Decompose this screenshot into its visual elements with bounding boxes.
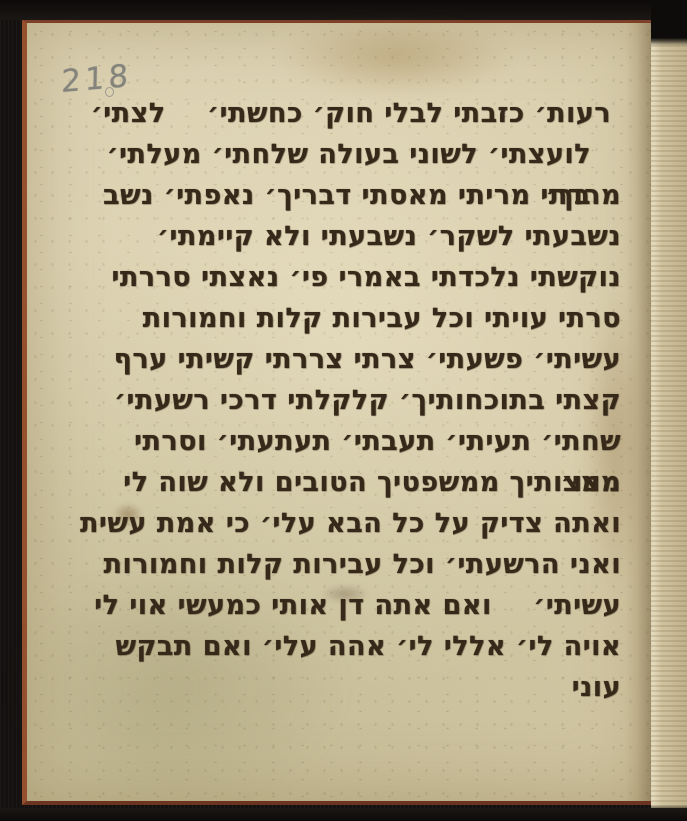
scanner-background-bottom-band	[0, 808, 687, 821]
text-line-9: שחתי׳ תעיתי׳ תעבתי׳ תעתעתי׳ וסרתי מצו׳	[76, 421, 621, 462]
text-line-8: קצתי בתוכחותיך׳ קלקלתי דרכי רשעתי׳	[76, 380, 621, 421]
text-line-7: עשיתי׳ פשעתי׳ צרתי צררתי קשיתי ערף	[76, 339, 621, 380]
text-line-5: נוקשתי נלכדתי באמרי פי׳ נאצתי סררתי	[76, 257, 621, 298]
text-line-4: נשבעתי לשקר׳ נשבעתי ולא קיימתי׳	[76, 216, 621, 257]
text-line-10: ממצותיך ממשפטיך הטובים ולא שוה לי	[76, 462, 621, 503]
text-line-12: ואני הרשעתי׳ וכל עבירות קלות וחמורות	[76, 544, 621, 585]
hebrew-text-block: רעות׳ כזבתי לבלי חוק׳ כחשתי׳ לצתי׳ לועצת…	[76, 93, 621, 667]
text-line-2: לועצתי׳ לשוני בעולה שלחתי׳ מעלתי׳ בך׳	[76, 134, 621, 175]
text-line-13: עשיתי׳ ואם אתה דן אותי כמעשי אוי לי	[76, 585, 621, 626]
manuscript-photo: 218 רעות׳ כזבתי לבלי חוק׳ כחשתי׳ לצתי׳ ל…	[0, 0, 687, 821]
text-line-1: רעות׳ כזבתי לבלי חוק׳ כחשתי׳ לצתי׳	[76, 93, 621, 134]
text-line-3: מרדתי מריתי מאסתי דבריך׳ נאפתי׳ נשב	[76, 175, 621, 216]
text-line-6: סרתי עויתי וכל עבירות קלות וחמורות	[76, 298, 621, 339]
fore-edge-of-following-leaves	[651, 0, 687, 821]
stain-top	[277, 17, 517, 97]
parchment-page: 218 רעות׳ כזבתי לבלי חוק׳ כחשתי׳ לצתי׳ ל…	[22, 20, 651, 805]
text-line-11: ואתה צדיק על כל הבא עלי׳ כי אמת עשית	[76, 503, 621, 544]
scanner-background-top-band	[0, 0, 687, 20]
text-line-14: אויה לי׳ אללי לי׳ אהה עלי׳ ואם תבקש עוני	[76, 626, 621, 667]
